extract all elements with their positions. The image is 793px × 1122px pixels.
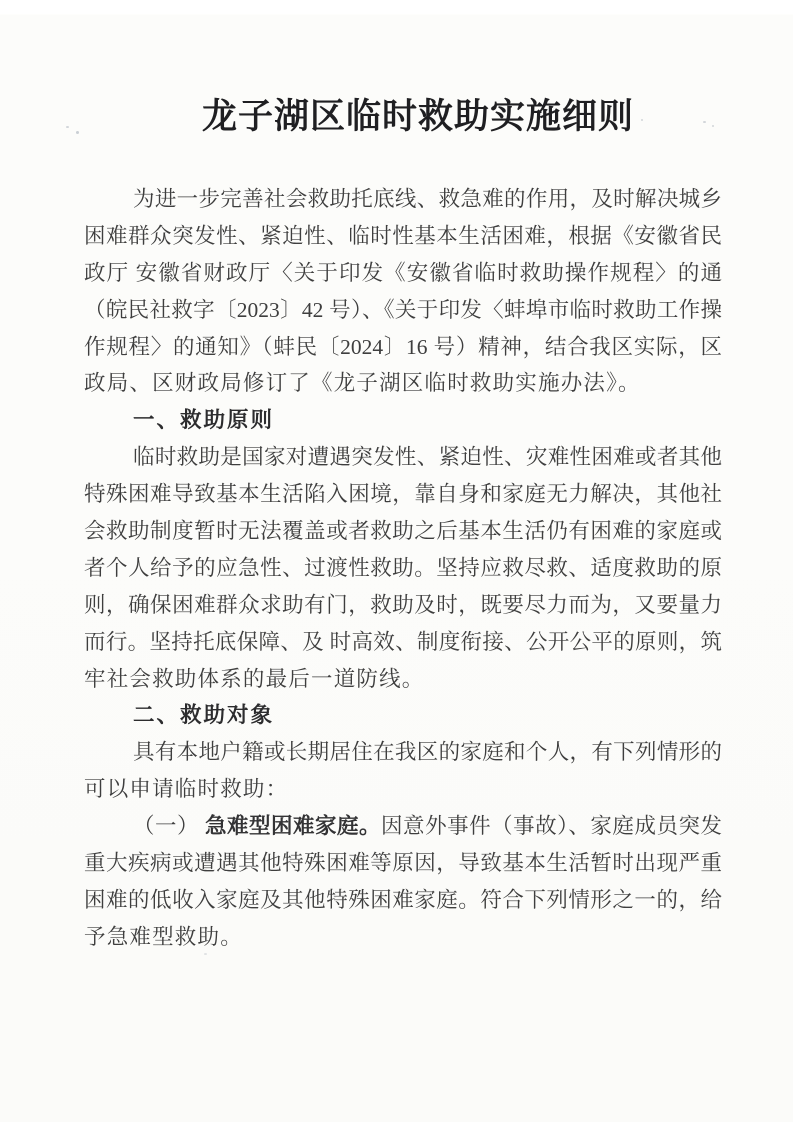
document-body: 为进一步完善社会救助托底线、救急难的作用，及时解决城乡 困难群众突发性、紧迫性、… [84,181,722,956]
text-line: 则，确保困难群众求助有门，救助及时，既要尽力而为，又要量力 [84,587,722,624]
item-number: （一） [133,814,205,838]
text-line: 为进一步完善社会救助托底线、救急难的作用，及时解决城乡 [84,181,722,218]
text-line: 会救助制度暂时无法覆盖或者救助之后基本生活仍有困难的家庭或 [84,513,722,550]
text-line: 作规程〉的通知》（蚌民〔2024〕16 号）精神，结合我区实际，区民 [84,329,722,366]
text-line: 政厅 安徽省财政厅〈关于印发《安徽省临时救助操作规程〉的通知》 [84,255,722,292]
document-title: 龙子湖区临时救助实施细则 [43,93,793,141]
text-line: 而行。坚持托底保障、及 时高效、制度衔接、公开公平的原则，筑 [84,624,722,661]
text-line: 予急难型救助。 [84,919,722,956]
section-heading-1: 一、救助原则 [84,402,722,439]
text-line: 牢社会救助体系的最后一道防线。 [84,661,722,698]
text-line: 者个人给予的应急性、过渡性救助。坚持应救尽救、适度救助的原 [84,550,722,587]
text-line: 临时救助是国家对遭遇突发性、紧迫性、灾难性困难或者其他 [84,439,722,476]
section-heading-2: 二、救助对象 [84,697,722,734]
text-line: 特殊困难导致基本生活陷入困境，靠自身和家庭无力解决，其他社 [84,476,722,513]
item-text: 因意外事件（事故）、家庭成员突发 [381,814,722,838]
text-line: 可以申请临时救助： [84,771,722,808]
scanned-document-page: 龙子湖区临时救助实施细则 为进一步完善社会救助托底线、救急难的作用，及时解决城乡… [0,0,793,1122]
item-term: 急难型困难家庭。 [205,814,381,838]
text-line: （皖民社救字〔2023〕42 号）、《关于印发〈蚌埠市临时救助工作操 [84,292,722,329]
text-line: 重大疾病或遭遇其他特殊困难等原因，导致基本生活暂时出现严重 [84,845,722,882]
text-line: 困难的低收入家庭及其他特殊困难家庭。符合下列情形之一的，给 [84,882,722,919]
text-line: 政局、区财政局修订了《龙子湖区临时救助实施办法》。 [84,365,722,402]
text-line: 困难群众突发性、紧迫性、临时性基本生活困难，根据《安徽省民 [84,218,722,255]
text-line-item-1: （一） 急难型困难家庭。因意外事件（事故）、家庭成员突发 [84,808,722,845]
text-line: 具有本地户籍或长期居住在我区的家庭和个人，有下列情形的 [84,734,722,771]
